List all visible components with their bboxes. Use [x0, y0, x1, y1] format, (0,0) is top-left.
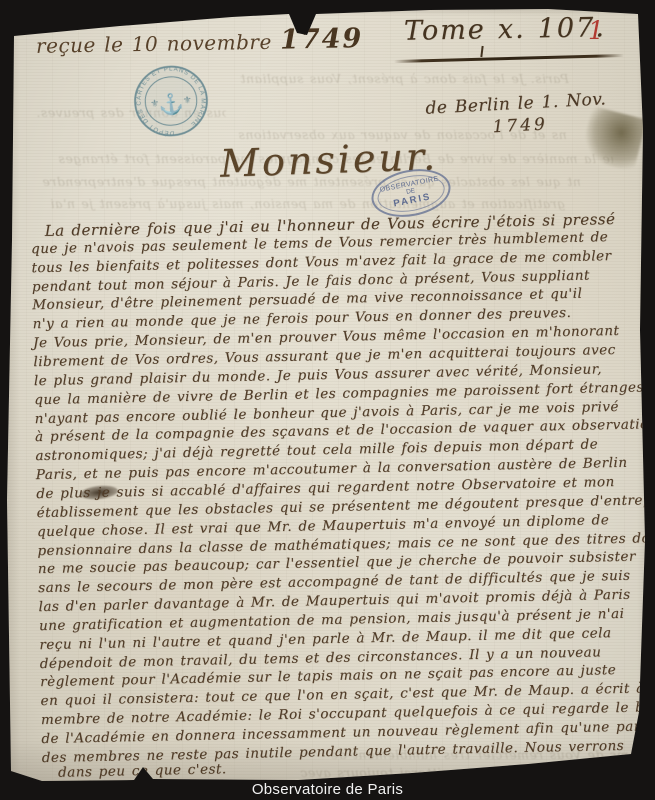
credit-caption: Observatoire de Paris — [0, 781, 655, 798]
letter-body: La dernière fois que j'ai eu l'honneur d… — [0, 0, 655, 800]
letter-line: dans peu ce que c'est. — [58, 761, 227, 781]
viewer-stage: pendant tout mon séjour à Paris. Je le f… — [0, 0, 655, 800]
manuscript-page: pendant tout mon séjour à Paris. Je le f… — [0, 0, 655, 800]
